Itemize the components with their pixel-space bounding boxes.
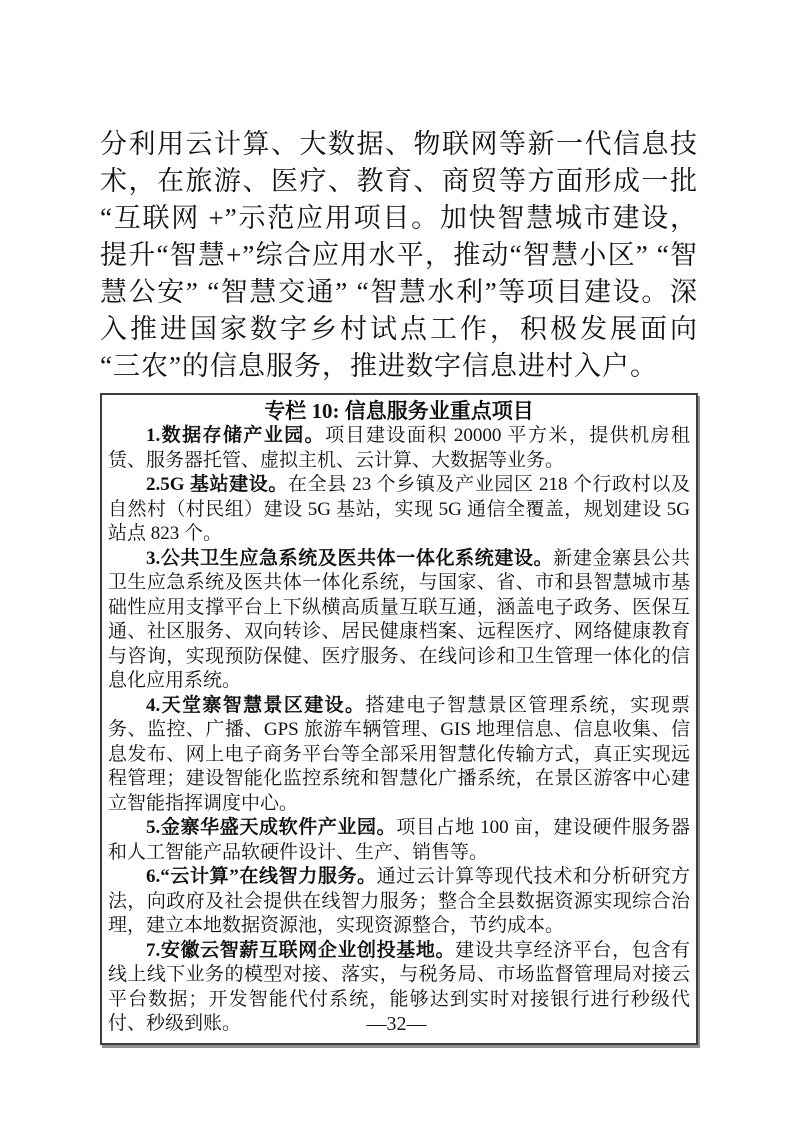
document-page: 分利用云计算、大数据、物联网等新一代信息技术，在旅游、医疗、教育、商贸等方面形成… — [0, 0, 793, 1122]
callout-box-item-list: 1.数据存储产业园。项目建设面积 20000 平方米，提供机房租赁、服务器托管、… — [108, 424, 690, 1037]
callout-box-item-body: 新建金寨县公共卫生应急系统及医共体一体化系统，与国家、省、市和县智慧城市基础性应… — [108, 548, 690, 692]
callout-box-item: 5.金寨华盛天成软件产业园。项目占地 100 亩，建设硬件服务器和人工智能产品软… — [108, 816, 690, 865]
callout-box-item-heading: 1.数据存储产业园。 — [146, 425, 325, 446]
intro-paragraph: 分利用云计算、大数据、物联网等新一代信息技术，在旅游、医疗、教育、商贸等方面形成… — [100, 126, 698, 385]
callout-box-item-heading: 6.“云计算”在线智力服务。 — [146, 866, 377, 887]
callout-box: 专栏 10: 信息服务业重点项目 1.数据存储产业园。项目建设面积 20000 … — [100, 393, 698, 1045]
page-content: 分利用云计算、大数据、物联网等新一代信息技术，在旅游、医疗、教育、商贸等方面形成… — [100, 126, 698, 1045]
page-number: —32— — [0, 1012, 793, 1036]
callout-box-item: 6.“云计算”在线智力服务。通过云计算等现代技术和分析研究方法，向政府及社会提供… — [108, 865, 690, 939]
callout-box-item: 3.公共卫生应急系统及医共体一体化系统建设。新建金寨县公共卫生应急系统及医共体一… — [108, 547, 690, 694]
callout-box-title: 专栏 10: 信息服务业重点项目 — [108, 398, 690, 424]
callout-box-item: 4.天堂寨智慧景区建设。搭建电子智慧景区管理系统，实现票务、监控、广播、GPS … — [108, 694, 690, 817]
callout-box-item-heading: 7.安徽云智薪互联网企业创投基地。 — [146, 940, 455, 961]
callout-box-item-heading: 4.天堂寨智慧景区建设。 — [146, 695, 365, 716]
callout-box-item-heading: 5.金寨华盛天成软件产业园。 — [146, 817, 396, 838]
callout-box-item-heading: 3.公共卫生应急系统及医共体一体化系统建设。 — [146, 548, 553, 569]
callout-box-item-heading: 2.5G 基站建设。 — [146, 474, 288, 495]
callout-box-item: 2.5G 基站建设。在全县 23 个乡镇及产业园区 218 个行政村以及自然村（… — [108, 473, 690, 547]
callout-box-item: 1.数据存储产业园。项目建设面积 20000 平方米，提供机房租赁、服务器托管、… — [108, 424, 690, 473]
